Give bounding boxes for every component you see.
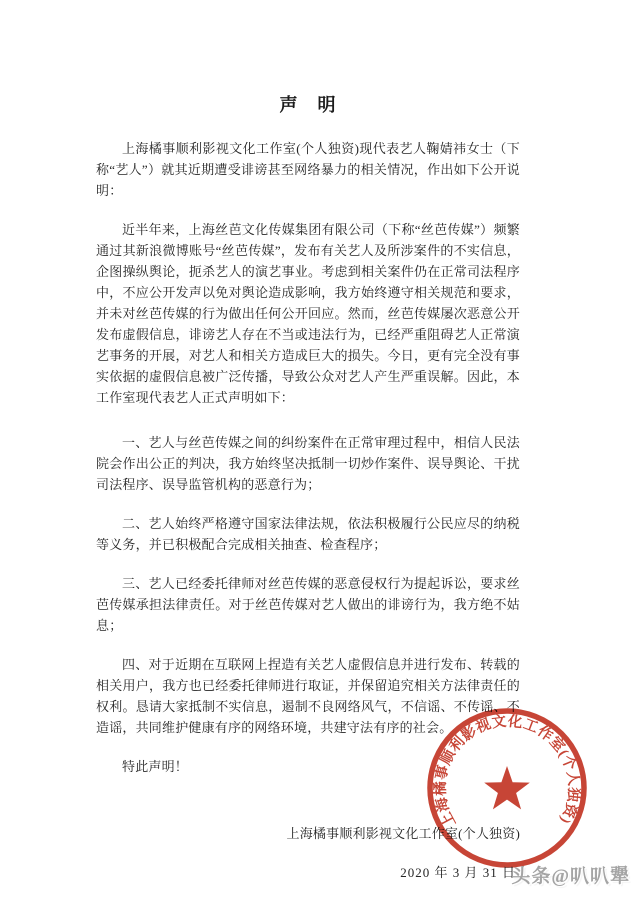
statement-document: 声 明 上海橘事顺利影视文化工作室(个人独资)现代表艺人鞠婧祎女士（下称“艺人”… — [96, 94, 520, 901]
signature-name: 上海橘事顺利影视文化工作室(个人独资) — [96, 823, 520, 844]
paragraph-intro: 上海橘事顺利影视文化工作室(个人独资)现代表艺人鞠婧祎女士（下称“艺人”）就其近… — [96, 138, 520, 201]
document-title: 声 明 — [96, 94, 520, 116]
paragraph-background: 近半年来，上海丝芭文化传媒集团有限公司（下称“丝芭传媒”）频繁通过其新浪微博账号… — [96, 219, 520, 408]
paragraph-item-4: 四、对于近期在互联网上捏造有关艺人虚假信息并进行发布、转载的相关用户，我方也已经… — [96, 654, 520, 738]
closing-statement: 特此声明！ — [96, 756, 520, 777]
paragraph-item-1: 一、艺人与丝芭传媒之间的纠纷案件在正常审理过程中，相信人民法院会作出公正的判决，… — [96, 432, 520, 495]
watermark-toutiao: 头条@叭叭犟 — [511, 861, 630, 888]
signature-block: 上海橘事顺利影视文化工作室(个人独资) 2020 年 3 月 31 日 — [96, 823, 520, 883]
paragraph-item-2: 二、艺人始终严格遵守国家法律法规，依法积极履行公民应尽的纳税等义务，并已积极配合… — [96, 513, 520, 555]
statement-page: 声 明 上海橘事顺利影视文化工作室(个人独资)现代表艺人鞠婧祎女士（下称“艺人”… — [0, 0, 640, 901]
signature-date: 2020 年 3 月 31 日 — [96, 862, 520, 883]
paragraph-item-3: 三、艺人已经委托律师对丝芭传媒的恶意侵权行为提起诉讼，要求丝芭传媒承担法律责任。… — [96, 573, 520, 636]
